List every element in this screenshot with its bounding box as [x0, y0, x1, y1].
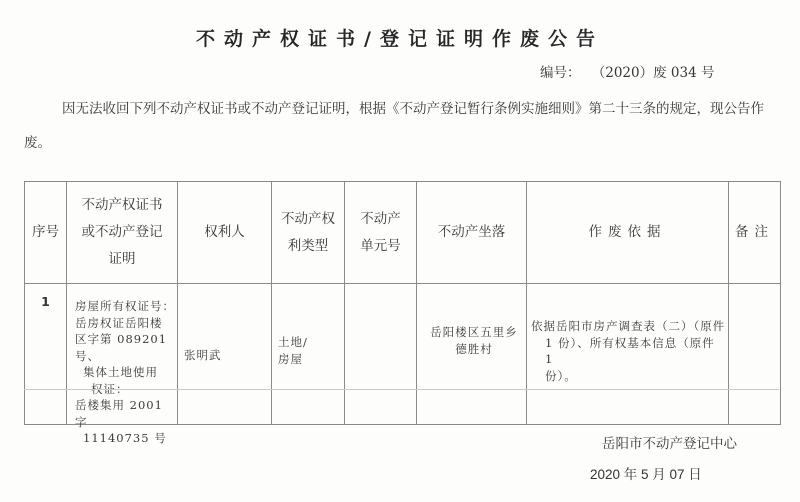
header-owner: 权利人: [178, 182, 272, 284]
header-basis: 作废依据: [527, 182, 729, 284]
cell-unit-no: [345, 284, 417, 425]
row-divider-line: [24, 389, 779, 390]
cell-location: 岳阳楼区五里乡 德胜村: [417, 284, 527, 425]
table-header-row: 序号 不动产权证书 或不动产登记 证明 权利人 不动产权 利类型 不动产 单元号…: [25, 182, 781, 284]
cell-certificate: 房屋所有权证号： 岳房权证岳阳楼 区字第 089201 号、 集体土地使用 权证…: [67, 284, 178, 425]
header-right-type: 不动产权 利类型: [272, 182, 345, 284]
issuer-name: 岳阳市不动产登记中心: [602, 432, 737, 452]
header-unit-no: 不动产 单元号: [345, 182, 417, 284]
table-row: 1 房屋所有权证号： 岳房权证岳阳楼 区字第 089201 号、 集体土地使用 …: [25, 284, 781, 425]
notice-title: 不动产权证书/登记证明作废公告: [0, 24, 800, 51]
notice-body-text: 因无法收回下列不动产权证书或不动产登记证明，根据《不动产登记暂行条例实施细则》第…: [24, 92, 776, 160]
header-remarks: 备注: [729, 182, 781, 284]
cell-basis: 依据岳阳市房产调查表（二）（原件 1 份）、所有权基本信息（原件 1 份）。: [527, 284, 729, 425]
issue-date: 2020 年 5 月 07 日: [590, 463, 702, 483]
cell-right-type: 土地/ 房屋: [272, 284, 345, 425]
document-number-value: （2020）废 034 号: [599, 65, 715, 81]
header-certificate: 不动产权证书 或不动产登记 证明: [67, 182, 178, 284]
cell-remarks: [729, 284, 781, 425]
document-number: 编号：（2020）废 034 号: [540, 61, 714, 81]
cell-seq: 1: [25, 284, 67, 425]
cell-owner: 张明武: [178, 284, 272, 425]
header-location: 不动产坐落: [417, 182, 527, 284]
header-seq: 序号: [25, 182, 67, 284]
document-number-label: 编号：: [540, 65, 581, 81]
